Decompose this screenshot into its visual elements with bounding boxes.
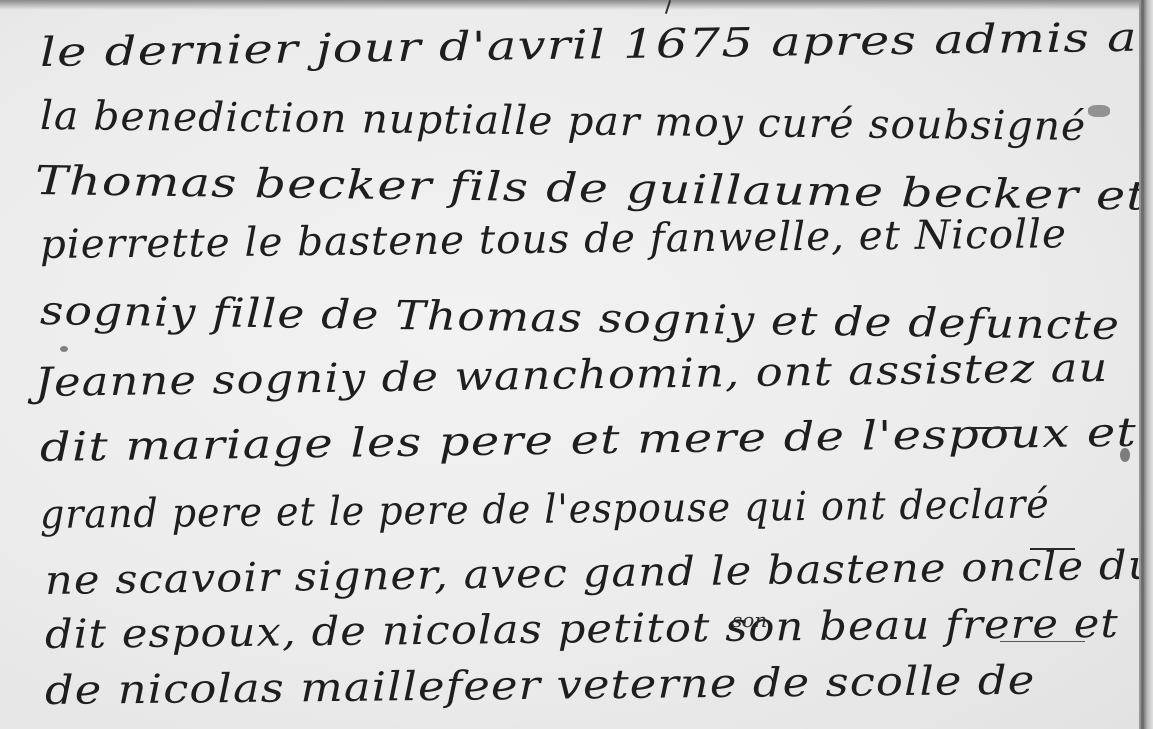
manuscript-line-4: pierrette le bastene tous de fanwelle, e… xyxy=(40,211,1067,268)
ink-blot xyxy=(1088,105,1110,117)
manuscript-line-1: le dernier jour d'avril 1675 apres admis… xyxy=(40,15,1139,76)
manuscript-line-7: dit mariage les pere et mere de l'espoux… xyxy=(40,409,1142,471)
manuscript-line-8: grand pere et le pere de l'espouse qui o… xyxy=(40,481,1050,538)
ink-stroke xyxy=(1000,641,1085,642)
page-top-shadow xyxy=(0,0,1142,10)
manuscript-page: le dernier jour d'avril 1675 apres admis… xyxy=(0,0,1142,729)
manuscript-line-9: ne scavoir signer, avec gand le bastene … xyxy=(45,542,1142,604)
superscript-insertion: son xyxy=(732,608,767,632)
manuscript-line-2: la benediction nuptialle par moy curé so… xyxy=(40,93,1087,150)
manuscript-line-6: Jeanne sogniy de wanchomin, ont assistez… xyxy=(35,345,1109,406)
manuscript-line-5: sogniy fille de Thomas sogniy et de defu… xyxy=(40,288,1121,349)
ink-blot xyxy=(1120,448,1130,462)
ink-stroke xyxy=(1030,548,1075,550)
manuscript-line-10: dit espoux, de nicolas petitot son beau … xyxy=(45,601,1119,658)
ink-stroke xyxy=(970,427,1018,429)
manuscript-line-11: de nicolas maillefeer veterne de scolle … xyxy=(45,658,1036,714)
page-binding-line xyxy=(1141,0,1144,729)
ink-blot xyxy=(60,346,68,352)
